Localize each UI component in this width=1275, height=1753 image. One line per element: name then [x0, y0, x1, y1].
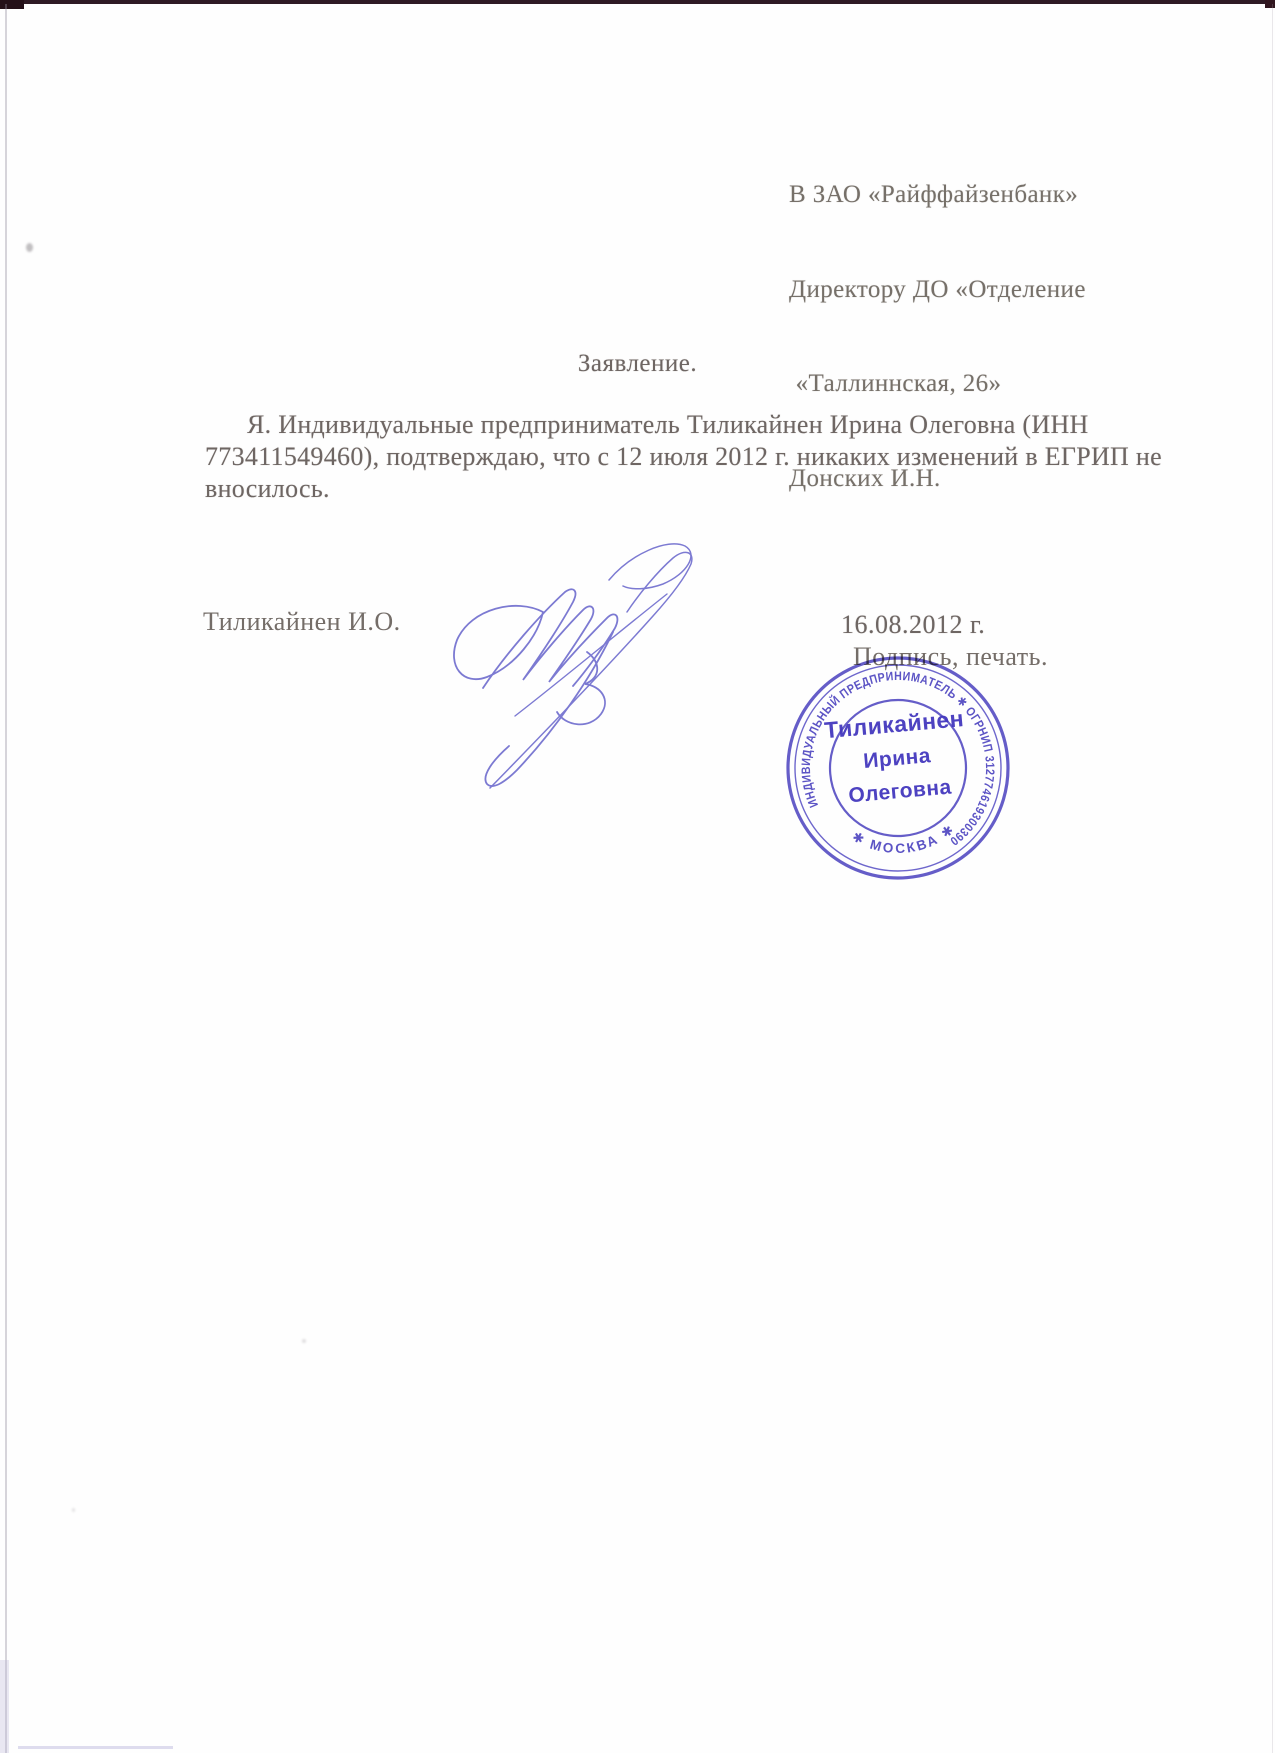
signature-stroke [515, 594, 667, 716]
signature-stroke [454, 606, 543, 679]
body-paragraph: Я. Индивидуальные предприниматель Тилика… [205, 409, 1120, 505]
scan-speck [302, 1339, 306, 1343]
scan-edge-right [1272, 4, 1273, 1753]
scan-speck [26, 243, 33, 252]
document-title: Заявление. [0, 350, 1275, 378]
body-line: 773411549460), подтверждаю, что с 12 июл… [205, 441, 1120, 473]
stamp-bottom-text: ✱ МОСКВА ✱ [849, 820, 961, 861]
stamp-center-line: Олеговна [848, 775, 953, 807]
stamp-center-line: Ирина [862, 744, 931, 773]
body-line: Я. Индивидуальные предприниматель Тилика… [205, 409, 1120, 441]
scan-edge-top-corner [0, 0, 24, 9]
company-stamp: ИНДИВИДУАЛЬНЫЙ ПРЕДПРИНИМАТЕЛЬ ✱ ОГРНИП … [768, 638, 1028, 898]
scan-edge-top-notch [1265, 0, 1275, 8]
handwritten-signature [395, 520, 715, 820]
scan-edge-top [0, 0, 1275, 4]
scan-speck [72, 1508, 75, 1512]
stamp-bottom-textpath: ✱ МОСКВА ✱ [849, 820, 961, 861]
recipient-line: Директору ДО «Отделение [789, 274, 1086, 306]
signatory-name: Тиликайнен И.О. [203, 607, 401, 637]
signature-stroke [485, 632, 613, 786]
scan-edge-left [5, 4, 7, 1753]
signature-stroke [490, 552, 692, 788]
date-text: 16.08.2012 г. [841, 610, 985, 640]
recipient-line: В ЗАО «Райффайзенбанк» [789, 179, 1086, 211]
stamp-center-line: Тиликайнен [823, 705, 965, 743]
scan-edge-bottom [18, 1746, 173, 1749]
body-line: вносилось. [205, 473, 1120, 505]
scan-edge-left-bottom [0, 1660, 9, 1753]
